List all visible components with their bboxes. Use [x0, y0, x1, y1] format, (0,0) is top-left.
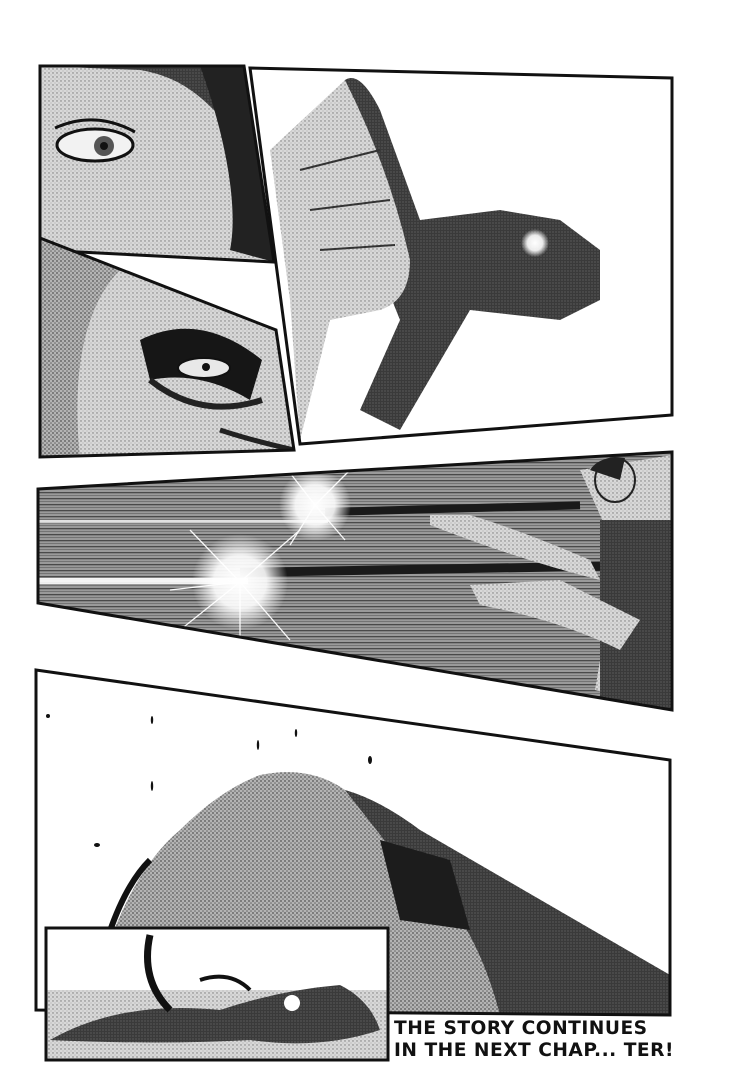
panel-1: [30, 60, 290, 270]
panel-6: [46, 928, 388, 1060]
caption-line-2: IN THE NEXT CHAP... TER!: [394, 1039, 727, 1061]
to-be-continued-caption: THE STORY CONTINUES IN THE NEXT CHAP... …: [394, 1017, 727, 1061]
caption-line-1: THE STORY CONTINUES: [394, 1017, 727, 1039]
panel-2: [30, 230, 300, 460]
panel-4: [30, 440, 680, 720]
panel-3: [240, 60, 680, 450]
manga-page: [0, 0, 742, 1080]
